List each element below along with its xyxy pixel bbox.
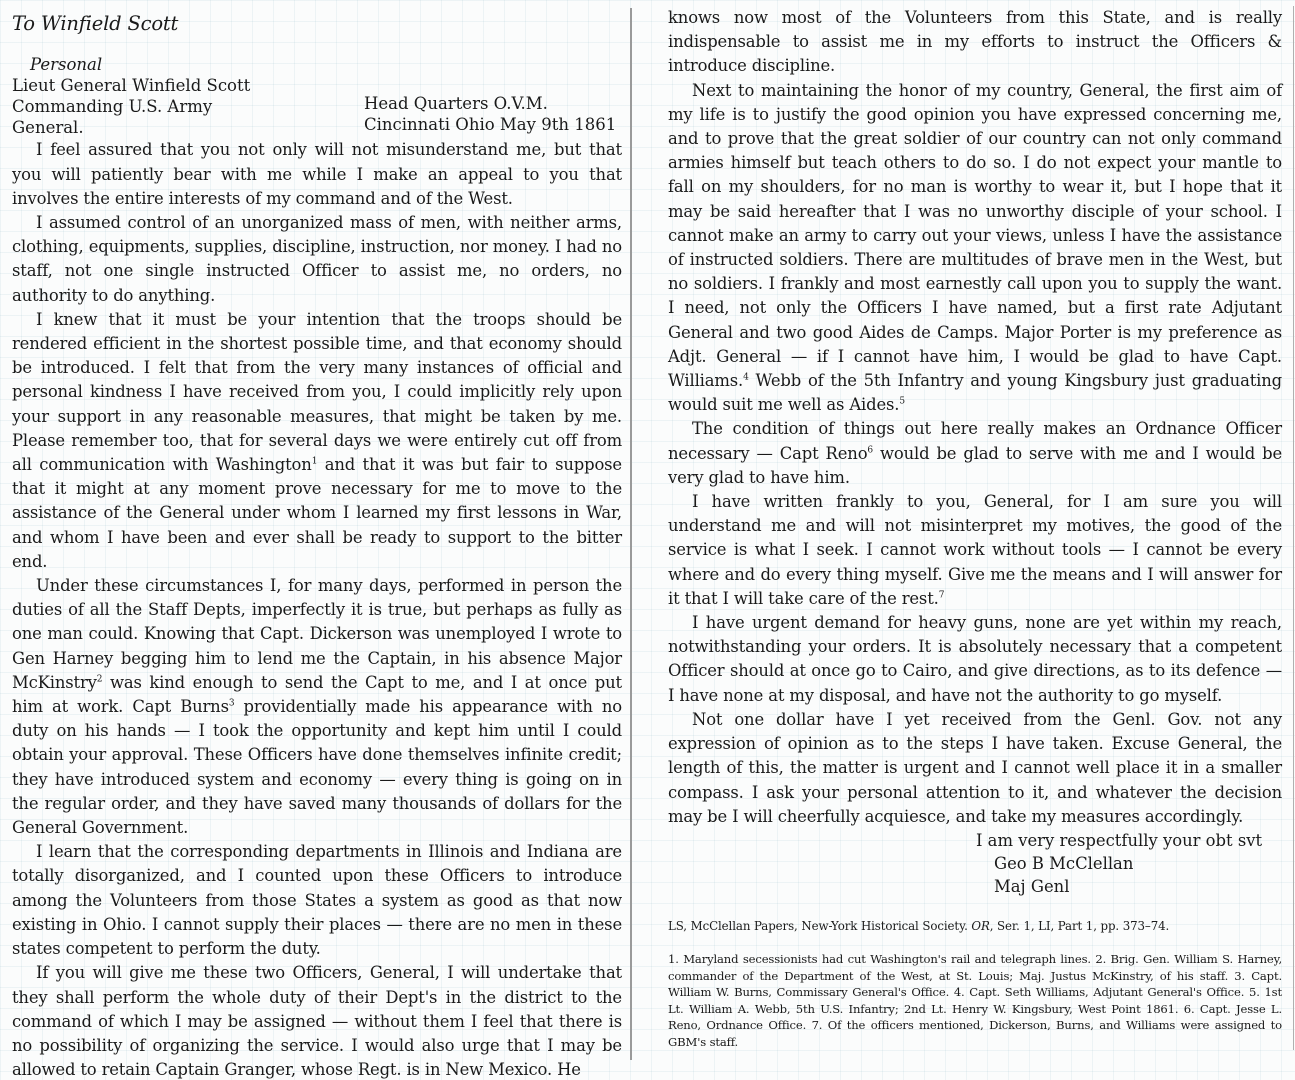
paragraph: I assumed control of an unorganized mass… [12,211,622,308]
citation-text: LS, McClellan Papers, New-York Historica… [668,919,971,933]
dateline: Head Quarters O.V.M. Cincinnati Ohio May… [364,93,616,135]
footnote-ref[interactable]: 5 [899,397,905,407]
paragraph: I learn that the corresponding departmen… [12,840,622,961]
footnote-ref[interactable]: 7 [939,590,945,600]
text-run: I knew that it must be your intention th… [12,310,622,474]
paragraph: I feel assured that you not only will no… [12,138,622,211]
closing-block: I am very respectfully your obt svt Geo … [976,829,1282,898]
left-page: To Winfield Scott Personal Lieut General… [0,0,632,1080]
paragraph-continuation: knows now most of the Volunteers from th… [668,6,1282,79]
paragraph: If you will give me these two Officers, … [12,961,622,1080]
footnotes: 1. Maryland secessionists had cut Washin… [668,951,1282,1051]
citation-italic: OR [971,919,989,933]
letter-body-right: knows now most of the Volunteers from th… [668,6,1282,829]
addressee-block: Lieut General Winfield Scott Commanding … [12,75,250,138]
citation-text: , Ser. 1, LI, Part 1, pp. 373–74. [990,919,1169,933]
signature-name: Geo B McClellan [994,852,1282,875]
letter-body-left: I feel assured that you not only will no… [12,138,622,1080]
right-page: knows now most of the Volunteers from th… [642,0,1290,1080]
letter-title: To Winfield Scott [12,12,622,35]
text-run: Webb of the 5th Infantry and young Kings… [668,371,1282,414]
valediction: I am very respectfully your obt svt [976,829,1282,852]
paragraph: Under these circumstances I, for many da… [12,574,622,840]
addressee-line: Commanding U.S. Army [12,96,250,117]
paragraph: I have written frankly to you, General, … [668,490,1282,611]
text-run: I have written frankly to you, General, … [668,492,1282,608]
dateline-date: Cincinnati Ohio May 9th 1861 [364,114,616,135]
paragraph: The condition of things out here really … [668,417,1282,490]
paragraph: Next to maintaining the honor of my coun… [668,79,1282,418]
personal-label: Personal [30,55,622,75]
page-edge [1293,6,1294,1050]
signature-rank: Maj Genl [994,875,1282,898]
text-run: providentially made his appearance with … [12,697,622,837]
paragraph: I have urgent demand for heavy guns, non… [668,611,1282,708]
dateline-place: Head Quarters O.V.M. [364,93,616,114]
paragraph: Not one dollar have I yet received from … [668,708,1282,829]
addressee-line: Lieut General Winfield Scott [12,75,250,96]
source-citation: LS, McClellan Papers, New-York Historica… [668,918,1282,934]
salutation: General. [12,117,250,138]
text-run: Next to maintaining the honor of my coun… [668,81,1282,390]
letter-header: Lieut General Winfield Scott Commanding … [12,75,622,138]
paragraph: I knew that it must be your intention th… [12,308,622,574]
